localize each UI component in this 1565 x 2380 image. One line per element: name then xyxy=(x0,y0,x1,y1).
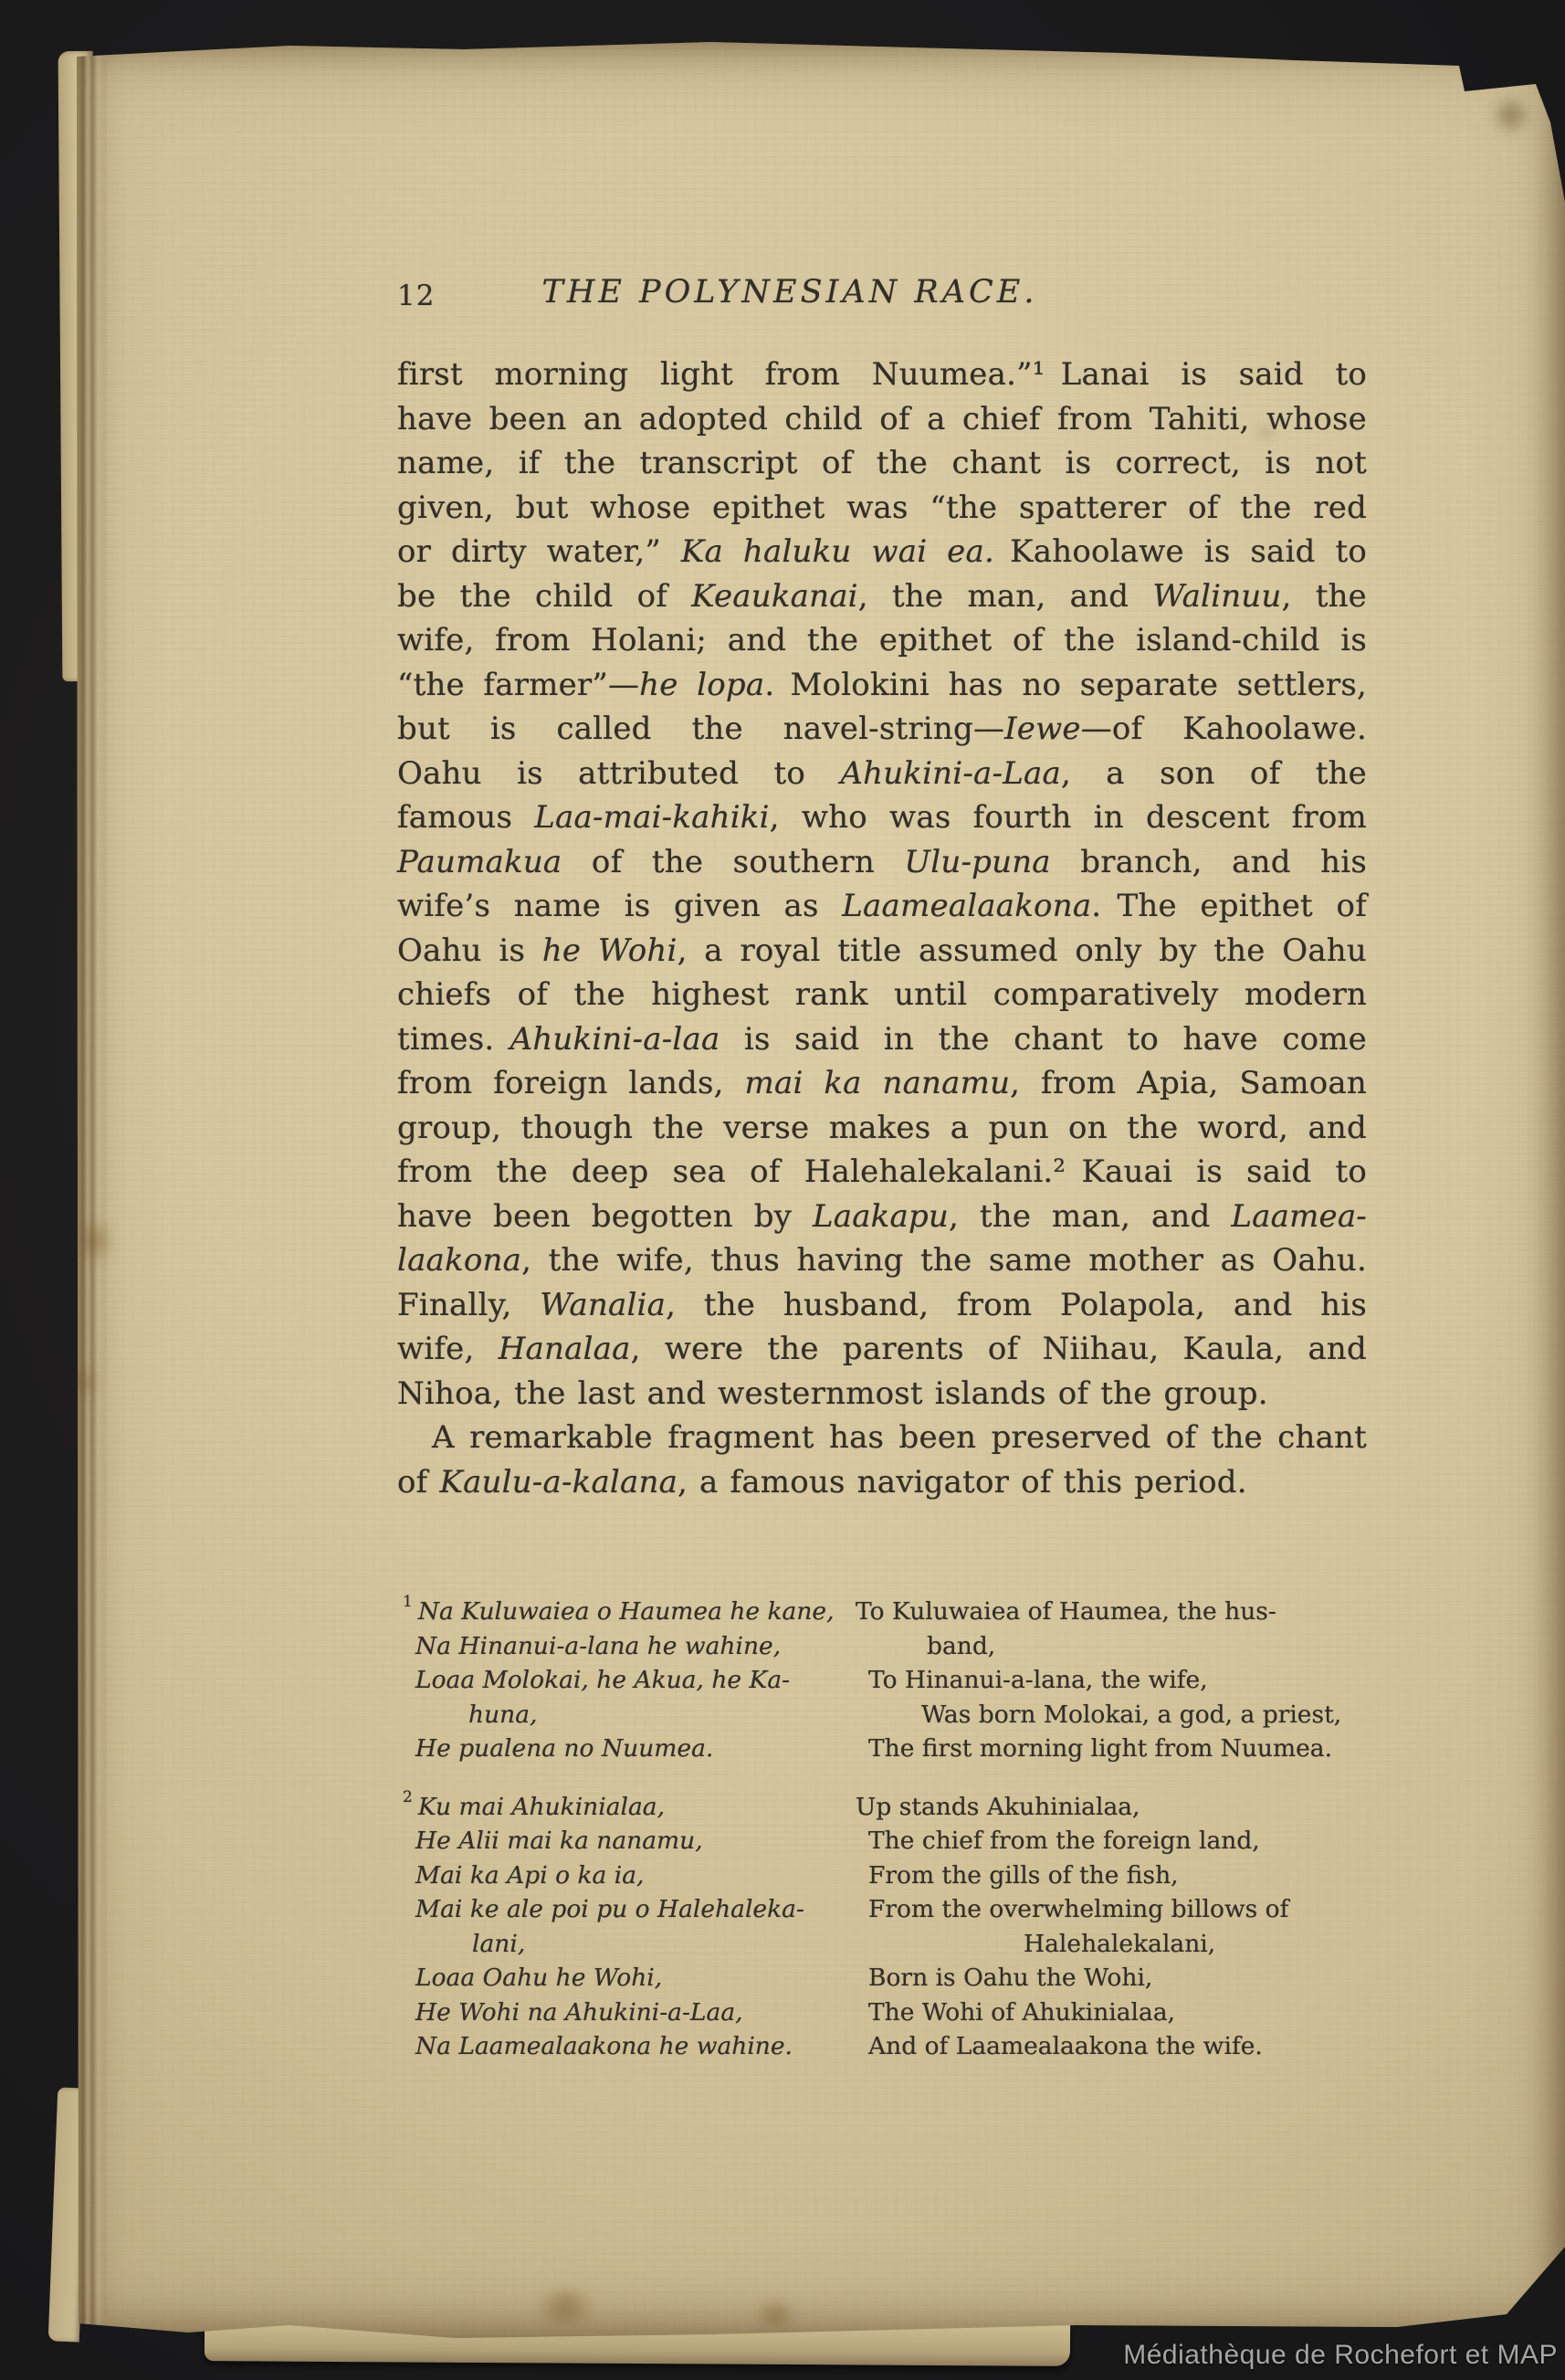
footnote-translation-line: From the gills of the fish, xyxy=(868,1859,1367,1893)
body-line: laakona, the wife, thus having the same … xyxy=(397,1238,1367,1283)
body-line: chiefs of the highest rank until compara… xyxy=(397,973,1367,1017)
footnote-hawaiian-line: lani, xyxy=(403,1927,925,1962)
foxing-spot xyxy=(73,1363,95,1401)
footnote-translation-line: The chief from the foreign land, xyxy=(868,1824,1367,1859)
footnote-row: 2Ku mai Ahukinialaa,Up stands Akuhiniala… xyxy=(403,1790,1367,1825)
body-line: A remarkable fragment has been preserved… xyxy=(397,1416,1367,1460)
footnote-row: 1Na Kuluwaiea o Haumea he kane,To Kuluwa… xyxy=(403,1595,1367,1629)
body-line: Finally, Wanalia, the husband, from Pola… xyxy=(397,1283,1367,1328)
body-line: Paumakua of the southern Ulu-puna branch… xyxy=(397,840,1367,885)
footnote-row: Loaa Molokai, he Akua, he Ka-To Hinanui-… xyxy=(403,1663,1367,1698)
footnote-translation-line: To Kuluwaiea of Haumea, the hus- xyxy=(856,1595,1367,1629)
page-content: 12 THE POLYNESIAN RACE. first morning li… xyxy=(397,42,1367,2338)
body-line: Nihoa, the last and westernmost islands … xyxy=(397,1372,1367,1416)
body-line: have been begotten by Laakapu, the man, … xyxy=(397,1195,1367,1239)
footnote-hawaiian-line: He Wohi na Ahukini-a-Laa, xyxy=(403,1996,868,2030)
footnote-marker: 2 xyxy=(403,1788,413,1806)
body-line: have been an adopted child of a chief fr… xyxy=(397,397,1367,442)
page-number: 12 xyxy=(397,279,435,312)
footnote-row: He Wohi na Ahukini-a-Laa,The Wohi of Ahu… xyxy=(403,1996,1367,2030)
footnote-row: Loaa Oahu he Wohi,Born is Oahu the Wohi, xyxy=(403,1961,1367,1996)
footnote-translation-line: The Wohi of Ahukinialaa, xyxy=(868,1996,1367,2030)
body-line: of Kaulu-a-kalana, a famous navigator of… xyxy=(397,1460,1367,1505)
body-line: wife’s name is given as Laamealaakona. T… xyxy=(397,884,1367,929)
scan-background: { "page": { "number": "12", "running_tit… xyxy=(0,0,1565,2380)
footnote-translation-line: Up stands Akuhinialaa, xyxy=(856,1790,1367,1825)
body-line: Oahu is he Wohi, a royal title assumed o… xyxy=(397,929,1367,974)
body-line: “the farmer”—he lopa. Molokini has no se… xyxy=(397,663,1367,708)
body-line: group, though the verse makes a pun on t… xyxy=(397,1106,1367,1151)
body-line: first morning light from Nuumea.”¹ Lanai… xyxy=(397,353,1367,397)
footnote-row: Mai ke ale poi pu o Halehaleka-From the … xyxy=(403,1892,1367,1927)
running-title: THE POLYNESIAN RACE. xyxy=(461,274,1119,311)
footnote-hawaiian-line: Mai ka Api o ka ia, xyxy=(403,1859,868,1893)
foxing-spot xyxy=(79,1213,110,1269)
footnote-block: 2Ku mai Ahukinialaa,Up stands Akuhiniala… xyxy=(403,1790,1367,2064)
book-page: 12 THE POLYNESIAN RACE. first morning li… xyxy=(71,42,1565,2338)
body-text: first morning light from Nuumea.”¹ Lanai… xyxy=(397,353,1367,1504)
watermark: Médiathèque de Rochefort et MAP xyxy=(1123,2340,1558,2371)
footnote-hawaiian-line: Loaa Molokai, he Akua, he Ka- xyxy=(403,1663,868,1698)
footnote-hawaiian-line: Na Hinanui-a-lana he wahine, xyxy=(403,1629,868,1664)
footnote-row: He Alii mai ka nanamu,The chief from the… xyxy=(403,1824,1367,1859)
scan: 12 THE POLYNESIAN RACE. first morning li… xyxy=(0,0,1565,2380)
footnote-hawaiian-line: Mai ke ale poi pu o Halehaleka- xyxy=(403,1892,868,1927)
footnote-hawaiian-line: huna, xyxy=(403,1698,921,1732)
footnote-row: Na Hinanui-a-lana he wahine,band, xyxy=(403,1629,1367,1664)
footnote-translation-line: Born is Oahu the Wohi, xyxy=(868,1961,1367,1996)
footnote-hawaiian-line: 2Ku mai Ahukinialaa, xyxy=(403,1790,856,1825)
body-line: be the child of Keaukanai, the man, and … xyxy=(397,574,1367,619)
foxing-spot xyxy=(1490,95,1532,135)
body-line: given, but whose epithet was “the spatte… xyxy=(397,486,1367,531)
body-line: but is called the navel-string—Iewe—of K… xyxy=(397,707,1367,752)
body-line: famous Laa-mai-kahiki, who was fourth in… xyxy=(397,795,1367,840)
footnote-hawaiian-line: He Alii mai ka nanamu, xyxy=(403,1824,868,1859)
footnote-marker: 1 xyxy=(403,1593,413,1611)
body-line: Oahu is attributed to Ahukini-a-Laa, a s… xyxy=(397,752,1367,796)
footnote-hawaiian-line: 1Na Kuluwaiea o Haumea he kane, xyxy=(403,1595,856,1629)
binding-crease xyxy=(74,49,107,2325)
footnote-row: huna,Was born Molokai, a god, a priest, xyxy=(403,1698,1367,1732)
footnote-translation-line: Halehalekalani, xyxy=(925,1927,1367,1962)
footnote-hawaiian-line: He pualena no Nuumea. xyxy=(403,1732,868,1766)
body-line: from foreign lands, mai ka nanamu, from … xyxy=(397,1061,1367,1106)
footnote-block: 1Na Kuluwaiea o Haumea he kane,To Kuluwa… xyxy=(403,1595,1367,1766)
footnote-translation-line: band, xyxy=(868,1629,1367,1664)
footnote-translation-line: The first morning light from Nuumea. xyxy=(868,1732,1367,1766)
footnote-row: Mai ka Api o ka ia,From the gills of the… xyxy=(403,1859,1367,1893)
page-header: 12 THE POLYNESIAN RACE. xyxy=(397,274,1367,320)
footnote-hawaiian-line: Na Laamealaakona he wahine. xyxy=(403,2029,868,2064)
body-line: from the deep sea of Halehalekalani.² Ka… xyxy=(397,1150,1367,1195)
body-line: wife, Hanalaa, were the parents of Niiha… xyxy=(397,1327,1367,1372)
footnote-row: He pualena no Nuumea.The first morning l… xyxy=(403,1732,1367,1766)
footnote-translation-line: To Hinanui-a-lana, the wife, xyxy=(868,1663,1367,1698)
footnote-translation-line: From the overwhelming billows of xyxy=(868,1892,1367,1927)
body-line: name, if the transcript of the chant is … xyxy=(397,441,1367,486)
body-line: wife, from Holani; and the epithet of th… xyxy=(397,618,1367,663)
body-line: times. Ahukini-a-laa is said in the chan… xyxy=(397,1017,1367,1062)
footnotes: 1Na Kuluwaiea o Haumea he kane,To Kuluwa… xyxy=(403,1595,1367,2064)
footnote-hawaiian-line: Loaa Oahu he Wohi, xyxy=(403,1961,868,1996)
footnote-row: Na Laamealaakona he wahine.And of Laamea… xyxy=(403,2029,1367,2064)
footnote-row: lani,Halehalekalani, xyxy=(403,1927,1367,1962)
footnote-translation-line: And of Laamealaakona the wife. xyxy=(868,2029,1367,2064)
footnote-translation-line: Was born Molokai, a god, a priest, xyxy=(921,1698,1367,1732)
body-line: or dirty water,” Ka haluku wai ea. Kahoo… xyxy=(397,530,1367,574)
